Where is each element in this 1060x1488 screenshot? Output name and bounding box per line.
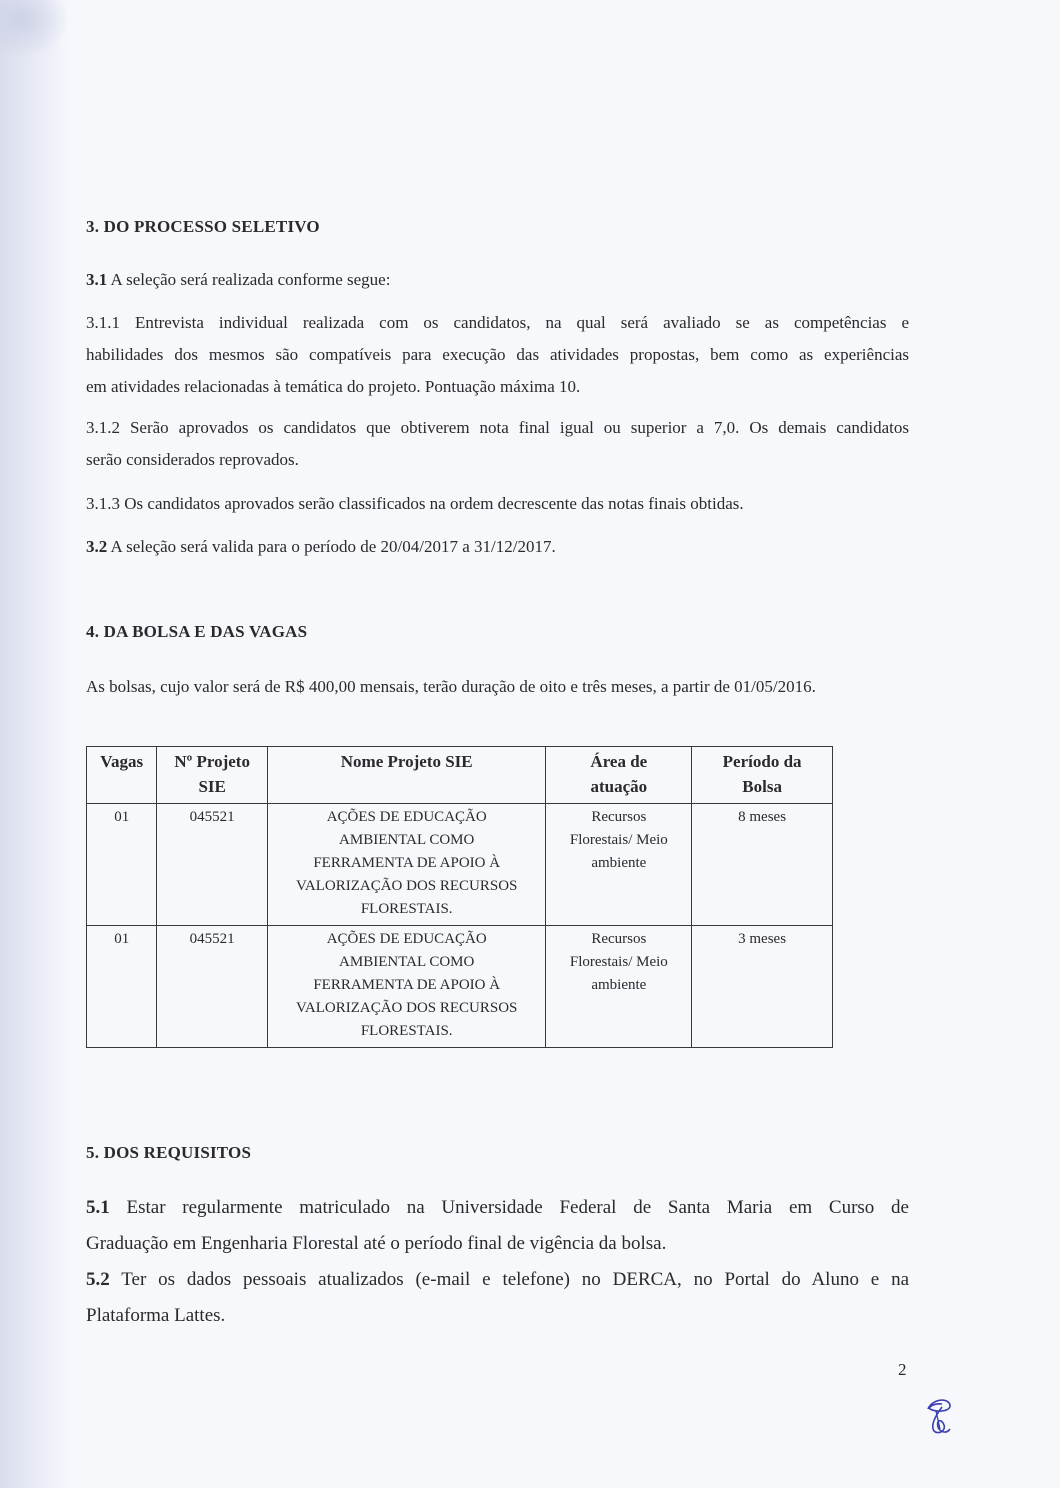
table-row: 01 045521 AÇÕES DE EDUCAÇÃO AMBIENTAL CO… [87,926,833,1048]
header-line: atuação [590,777,647,796]
cell-line: Florestais/ Meio [570,832,668,848]
item-number: 5.2 [86,1269,110,1290]
cell-line: VALORIZAÇÃO DOS RECURSOS [296,878,517,894]
header-periodo: Período da Bolsa [692,747,833,804]
paragraph-3-1-1: 3.1.1 Entrevista individual realizada co… [86,307,909,403]
item-text: Estar regularmente matriculado na Univer… [110,1197,909,1218]
page-number: 2 [898,1360,907,1380]
header-line: Nº Projeto [174,752,250,771]
cell-line: Recursos [591,931,646,947]
section-3-heading: 3. DO PROCESSO SELETIVO [86,217,320,237]
cell-area: Recursos Florestais/ Meio ambiente [546,804,692,926]
header-line: Bolsa [742,777,782,796]
line: 3.1.2 Serão aprovados os candidatos que … [86,412,909,444]
paragraph-5-1: 5.1 Estar regularmente matriculado na Un… [86,1190,909,1262]
header-area: Área de atuação [546,747,692,804]
paragraph-3-2: 3.2 A seleção será valida para o período… [86,537,556,557]
line: em atividades relacionadas à temática do… [86,371,909,403]
cell-projeto: 045521 [157,804,268,926]
header-line: Período da [723,752,802,771]
header-projeto: Nº Projeto SIE [157,747,268,804]
cell-vagas: 01 [87,926,157,1048]
table-header-row: Vagas Nº Projeto SIE Nome Projeto SIE Ár… [87,747,833,804]
cell-line: FERRAMENTA DE APOIO À [313,855,500,871]
handwritten-initials-icon [924,1395,954,1444]
cell-line: AÇÕES DE EDUCAÇÃO [327,809,487,825]
cell-vagas: 01 [87,804,157,926]
header-line: SIE [198,777,225,796]
line: Plataforma Lattes. [86,1298,909,1334]
paragraph-5-2: 5.2 Ter os dados pessoais atualizados (e… [86,1262,909,1334]
cell-line: FLORESTAIS. [361,1023,453,1039]
line: habilidades dos mesmos são compatíveis p… [86,339,909,371]
line: 3.1.1 Entrevista individual realizada co… [86,307,909,339]
cell-nome: AÇÕES DE EDUCAÇÃO AMBIENTAL COMO FERRAME… [267,926,545,1048]
cell-line: Florestais/ Meio [570,954,668,970]
cell-line: ambiente [591,977,646,993]
item-text: A seleção será realizada conforme segue: [107,270,390,289]
item-text: A seleção será valida para o período de … [107,537,556,556]
paragraph-3-1: 3.1 A seleção será realizada conforme se… [86,270,390,290]
section-4-intro: As bolsas, cujo valor será de R$ 400,00 … [86,677,816,697]
paragraph-3-1-3: 3.1.3 Os candidatos aprovados serão clas… [86,494,744,514]
line: Graduação em Engenharia Florestal até o … [86,1226,909,1262]
cell-projeto: 045521 [157,926,268,1048]
cell-line: AÇÕES DE EDUCAÇÃO [327,931,487,947]
cell-periodo: 3 meses [692,926,833,1048]
document-page: 3. DO PROCESSO SELETIVO 3.1 A seleção se… [0,0,1060,1488]
header-vagas: Vagas [87,747,157,804]
header-line: Área de [590,752,647,771]
cell-periodo: 8 meses [692,804,833,926]
paragraph-3-1-2: 3.1.2 Serão aprovados os candidatos que … [86,412,909,476]
vagas-table: Vagas Nº Projeto SIE Nome Projeto SIE Ár… [86,746,833,1048]
header-nome: Nome Projeto SIE [267,747,545,804]
item-number: 3.1 [86,270,107,289]
line: 5.1 Estar regularmente matriculado na Un… [86,1190,909,1226]
cell-area: Recursos Florestais/ Meio ambiente [546,926,692,1048]
cell-line: FERRAMENTA DE APOIO À [313,977,500,993]
item-number: 5.1 [86,1197,110,1218]
line: 5.2 Ter os dados pessoais atualizados (e… [86,1262,909,1298]
table-row: 01 045521 AÇÕES DE EDUCAÇÃO AMBIENTAL CO… [87,804,833,926]
cell-nome: AÇÕES DE EDUCAÇÃO AMBIENTAL COMO FERRAME… [267,804,545,926]
cell-line: FLORESTAIS. [361,901,453,917]
item-number: 3.2 [86,537,107,556]
item-text: Ter os dados pessoais atualizados (e-mai… [110,1269,909,1290]
cell-line: ambiente [591,855,646,871]
line: serão considerados reprovados. [86,444,909,476]
section-4-heading: 4. DA BOLSA E DAS VAGAS [86,622,307,642]
cell-line: Recursos [591,809,646,825]
section-5-heading: 5. DOS REQUISITOS [86,1143,251,1163]
cell-line: AMBIENTAL COMO [339,832,474,848]
cell-line: AMBIENTAL COMO [339,954,474,970]
cell-line: VALORIZAÇÃO DOS RECURSOS [296,1000,517,1016]
